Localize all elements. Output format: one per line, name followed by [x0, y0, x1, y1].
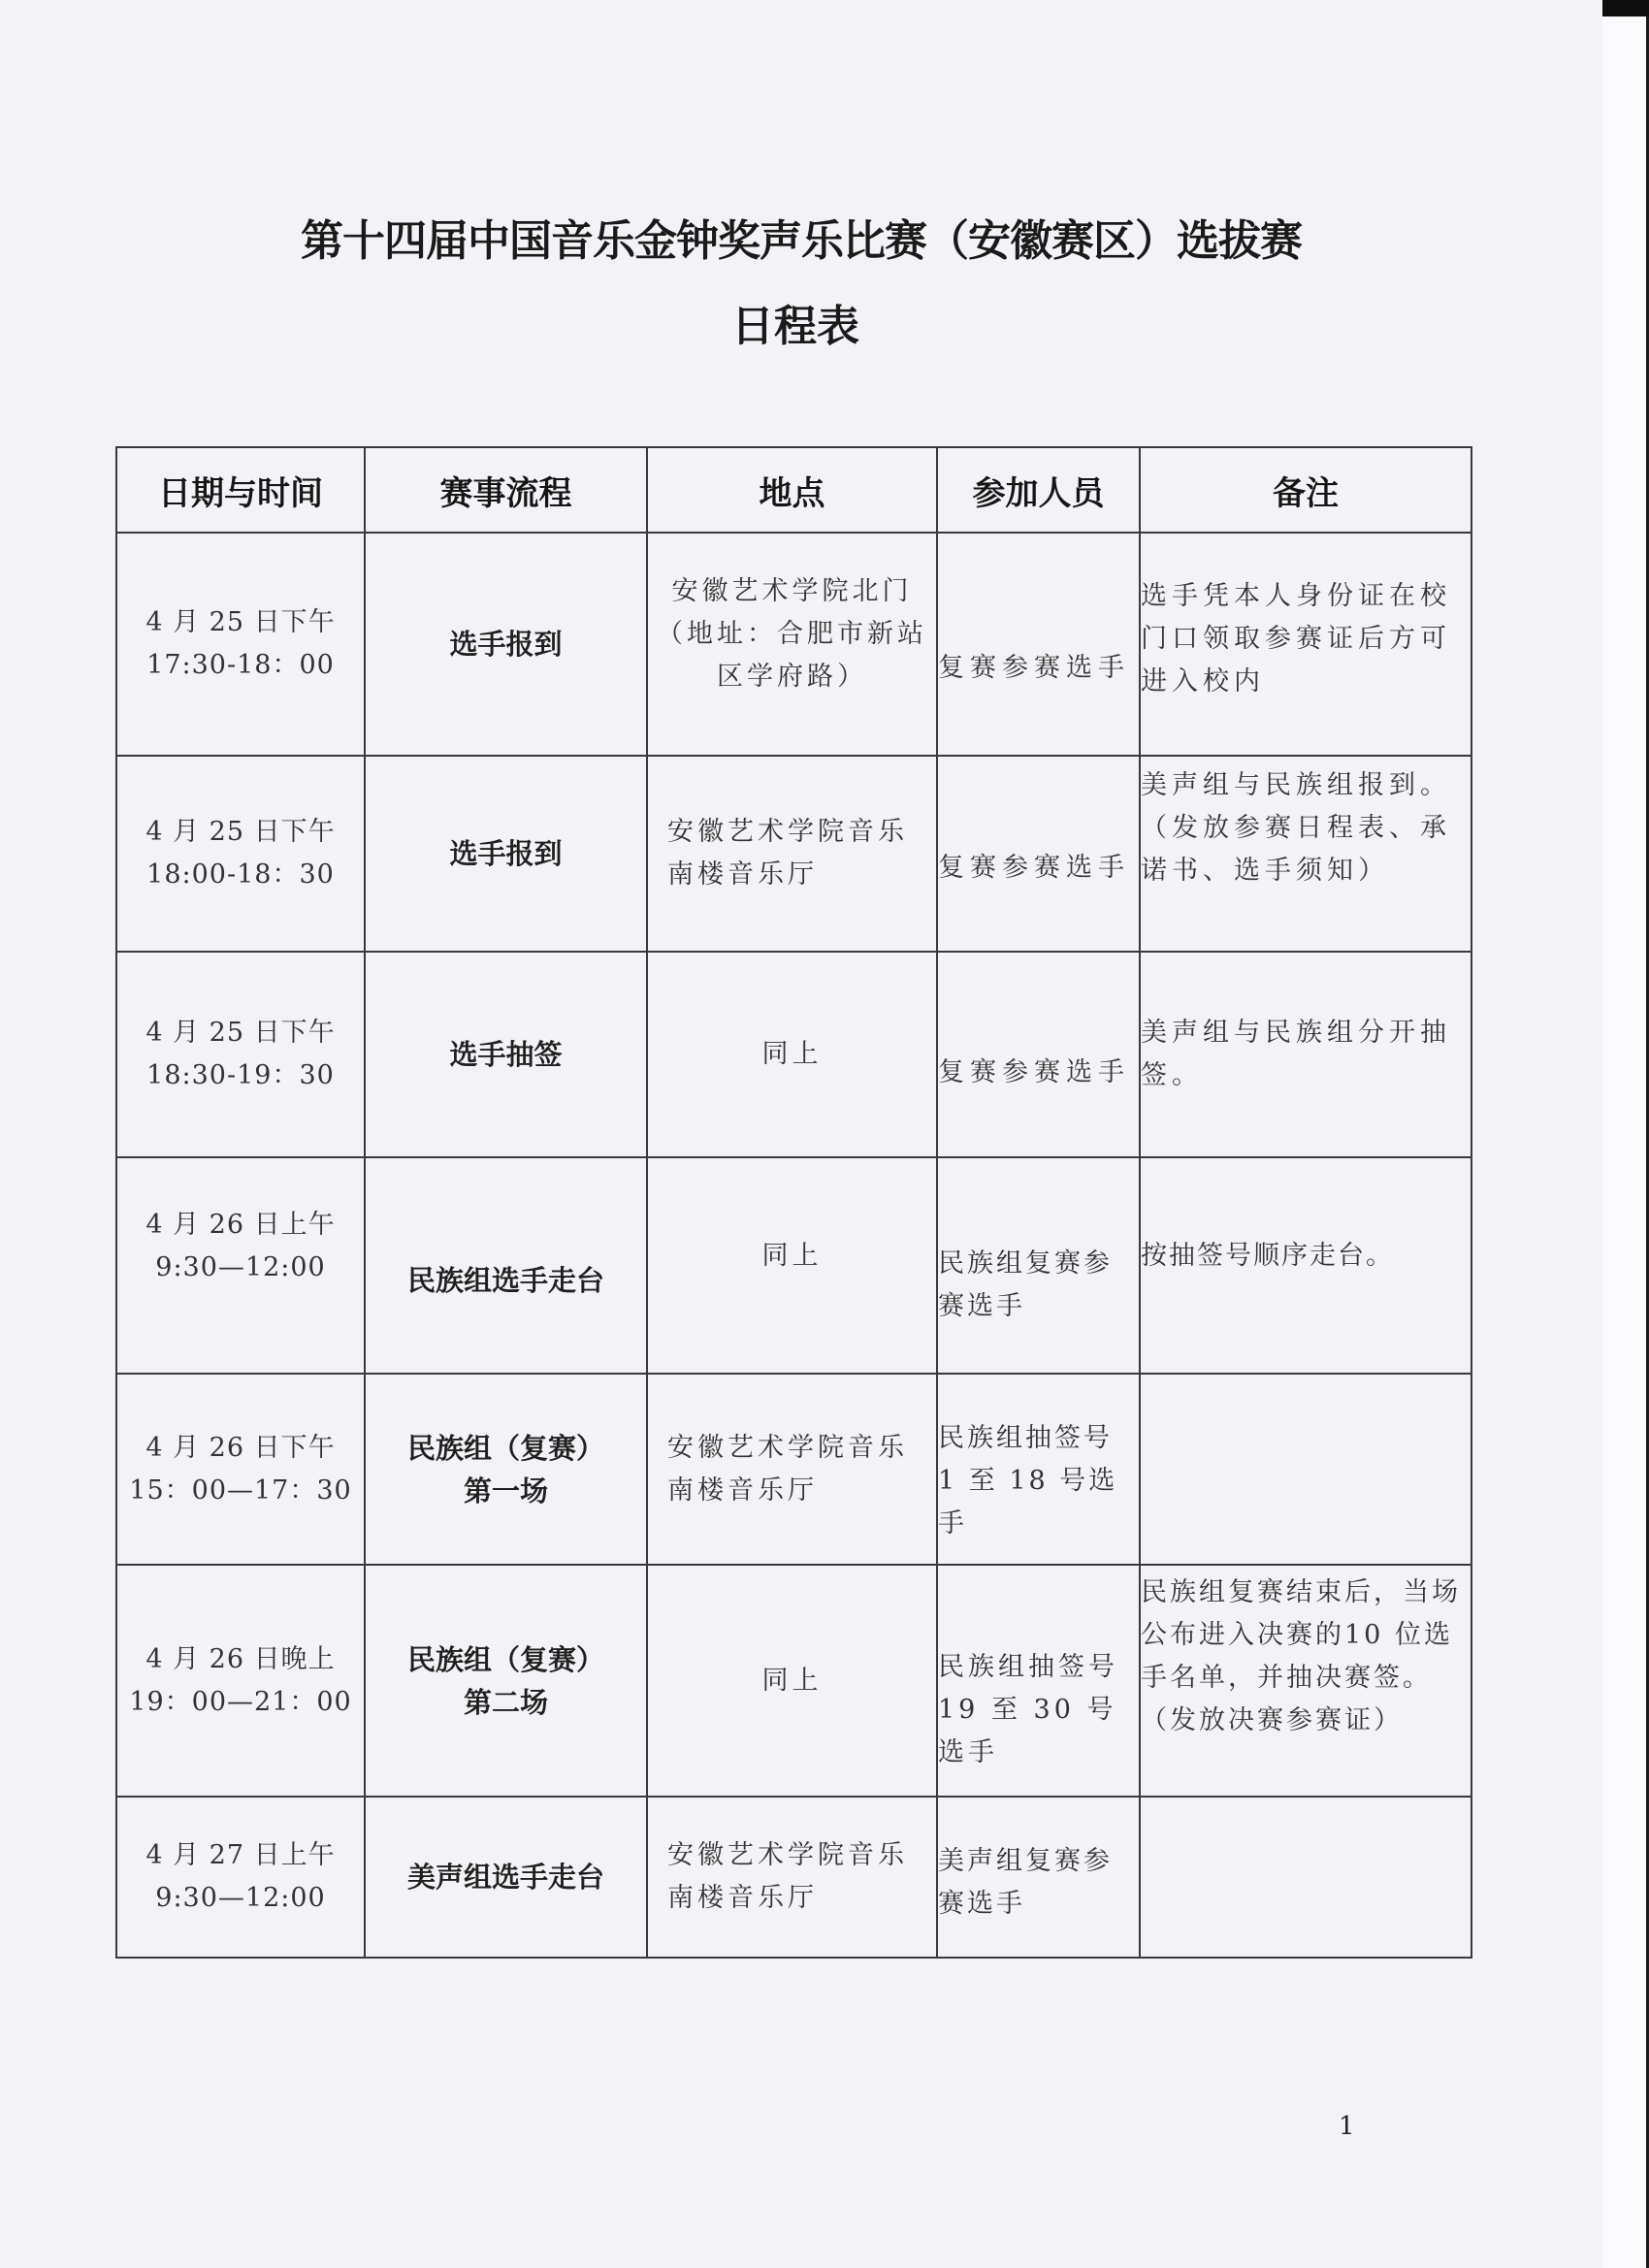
event-line-1: 民族组（复赛）: [366, 1427, 646, 1470]
cell-datetime: 4 月 27 日上午 9:30—12:00: [116, 1797, 365, 1958]
header-datetime: 日期与时间: [116, 447, 365, 533]
cell-event: 选手抽签: [365, 952, 647, 1157]
event-line-1: 民族组（复赛）: [366, 1638, 646, 1681]
cell-venue: 安徽艺术学院音乐南楼音乐厅: [647, 1797, 937, 1958]
cell-datetime: 4 月 25 日下午 17:30-18：00: [116, 533, 365, 756]
header-event: 赛事流程: [365, 447, 647, 533]
cell-participants: 复赛参赛选手: [937, 756, 1140, 952]
cell-event: 美声组选手走台: [365, 1797, 647, 1958]
table-row: 4 月 27 日上午 9:30—12:00 美声组选手走台 安徽艺术学院音乐南楼…: [116, 1797, 1471, 1958]
document-title: 第十四届中国音乐金钟奖声乐比赛（安徽赛区）选拔赛: [0, 206, 1602, 268]
cell-datetime: 4 月 25 日下午 18:00-18：30: [116, 756, 365, 952]
date-text: 4 月 26 日晚上: [117, 1638, 364, 1681]
date-text: 4 月 26 日下午: [117, 1427, 364, 1470]
date-text: 4 月 25 日下午: [117, 811, 364, 854]
time-text: 9:30—12:00: [117, 1877, 364, 1920]
header-venue: 地点: [647, 447, 937, 533]
page-number: 1: [1339, 2112, 1355, 2141]
cell-participants: 民族组抽签号 1 至 18 号选手: [937, 1374, 1140, 1565]
date-text: 4 月 26 日上午: [117, 1204, 364, 1247]
cell-venue: 安徽艺术学院音乐南楼音乐厅: [647, 1374, 937, 1565]
cell-participants: 美声组复赛参赛选手: [937, 1797, 1140, 1958]
cell-event: 选手报到: [365, 533, 647, 756]
cell-event: 民族组（复赛） 第二场: [365, 1565, 647, 1797]
cell-notes: [1140, 1797, 1471, 1958]
cell-venue: 同上: [647, 1565, 937, 1797]
time-text: 18:00-18：30: [117, 854, 364, 896]
cell-datetime: 4 月 26 日上午 9:30—12:00: [116, 1157, 365, 1374]
cell-event: 民族组（复赛） 第一场: [365, 1374, 647, 1565]
table-header-row: 日期与时间 赛事流程 地点 参加人员 备注: [116, 447, 1471, 533]
cell-venue: 同上: [647, 952, 937, 1157]
scan-corner-mark: [1602, 0, 1649, 16]
table-row: 4 月 26 日上午 9:30—12:00 民族组选手走台 同上 民族组复赛参赛…: [116, 1157, 1471, 1374]
date-text: 4 月 25 日下午: [117, 1012, 364, 1054]
event-line-2: 第二场: [366, 1681, 646, 1724]
table-row: 4 月 25 日下午 18:30-19：30 选手抽签 同上 复赛参赛选手 美声…: [116, 952, 1471, 1157]
header-participants: 参加人员: [937, 447, 1140, 533]
cell-event: 选手报到: [365, 756, 647, 952]
document-subtitle: 日程表: [0, 291, 1591, 353]
cell-notes: 美声组与民族组报到。（发放参赛日程表、承诺书、选手须知）: [1140, 756, 1471, 952]
cell-participants: 民族组抽签号 19 至 30 号选手: [937, 1565, 1140, 1797]
cell-notes: 美声组与民族组分开抽签。: [1140, 952, 1471, 1157]
time-text: 15：00—17：30: [117, 1470, 364, 1512]
time-text: 18:30-19：30: [117, 1054, 364, 1097]
cell-participants: 复赛参赛选手: [937, 533, 1140, 756]
cell-participants: 民族组复赛参赛选手: [937, 1157, 1140, 1374]
cell-notes: [1140, 1374, 1471, 1565]
cell-venue: 安徽艺术学院音乐南楼音乐厅: [647, 756, 937, 952]
table-row: 4 月 25 日下午 18:00-18：30 选手报到 安徽艺术学院音乐南楼音乐…: [116, 756, 1471, 952]
table-row: 4 月 25 日下午 17:30-18：00 选手报到 安徽艺术学院北门（地址：…: [116, 533, 1471, 756]
cell-notes: 选手凭本人身份证在校门口领取参赛证后方可进入校内: [1140, 533, 1471, 756]
header-notes: 备注: [1140, 447, 1471, 533]
date-text: 4 月 25 日下午: [117, 601, 364, 644]
scan-margin: [1602, 0, 1647, 2268]
cell-datetime: 4 月 26 日晚上 19：00—21：00: [116, 1565, 365, 1797]
cell-notes: 按抽签号顺序走台。: [1140, 1157, 1471, 1374]
cell-participants: 复赛参赛选手: [937, 952, 1140, 1157]
time-text: 17:30-18：00: [117, 644, 364, 687]
cell-datetime: 4 月 26 日下午 15：00—17：30: [116, 1374, 365, 1565]
time-text: 19：00—21：00: [117, 1681, 364, 1724]
table-row: 4 月 26 日下午 15：00—17：30 民族组（复赛） 第一场 安徽艺术学…: [116, 1374, 1471, 1565]
cell-event: 民族组选手走台: [365, 1157, 647, 1374]
cell-venue: 同上: [647, 1157, 937, 1374]
cell-notes: 民族组复赛结束后，当场公布进入决赛的10 位选手名单，并抽决赛签。（发放决赛参赛…: [1140, 1565, 1471, 1797]
cell-venue: 安徽艺术学院北门（地址：合肥市新站区学府路）: [647, 533, 937, 756]
cell-datetime: 4 月 25 日下午 18:30-19：30: [116, 952, 365, 1157]
date-text: 4 月 27 日上午: [117, 1834, 364, 1877]
schedule-table: 日期与时间 赛事流程 地点 参加人员 备注 4 月 25 日下午 17:30-1…: [115, 446, 1472, 1959]
time-text: 9:30—12:00: [117, 1247, 364, 1289]
event-line-2: 第一场: [366, 1470, 646, 1512]
table-row: 4 月 26 日晚上 19：00—21：00 民族组（复赛） 第二场 同上 民族…: [116, 1565, 1471, 1797]
